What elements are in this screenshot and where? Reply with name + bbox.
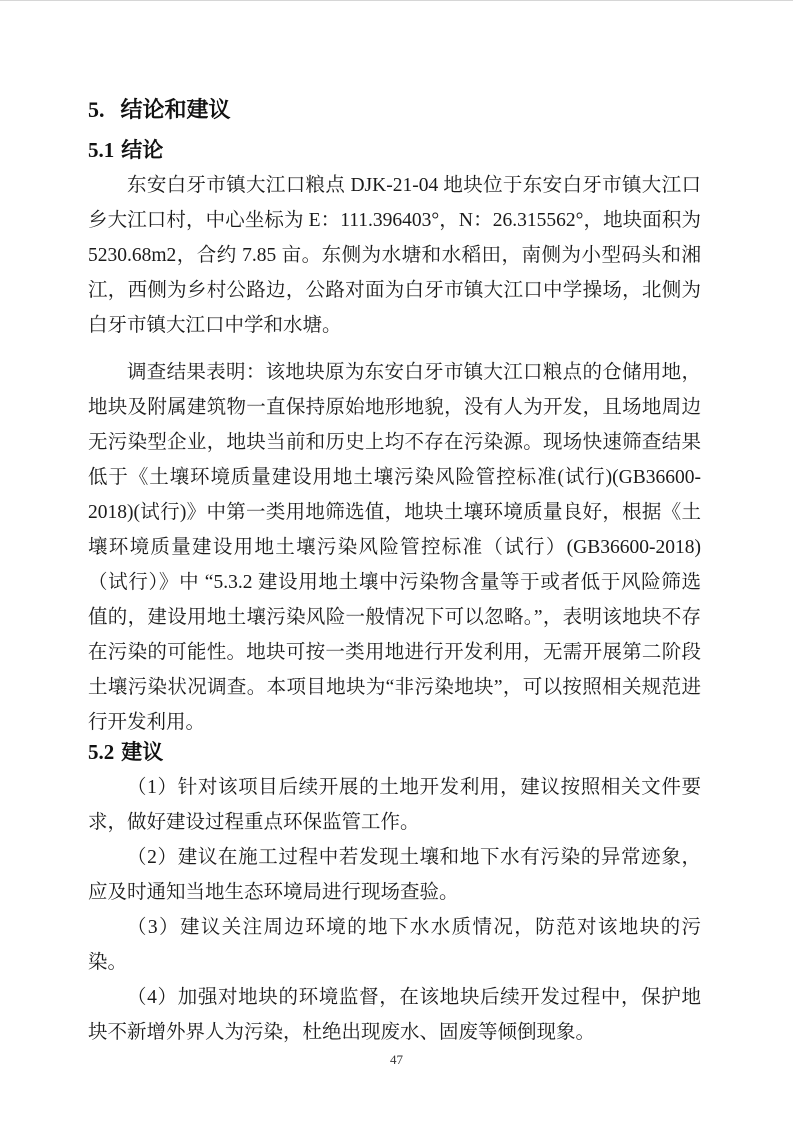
page-number: 47 (0, 1052, 793, 1068)
recommendation-item-3: （3）建议关注周边环境的地下水水质情况，防范对该地块的污染。 (88, 910, 701, 980)
recommendation-item-4: （4）加强对地块的环境监督，在该地块后续开发过程中，保护地块不新增外界人为污染，… (88, 980, 701, 1050)
chapter-title: 结论和建议 (121, 97, 231, 122)
section-heading-conclusion: 5.1结论 (88, 138, 701, 162)
recommendation-item-2: （2）建议在施工过程中若发现土壤和地下水有污染的异常迹象，应及时通知当地生态环境… (88, 840, 701, 910)
document-page: 5.结论和建议 5.1结论 东安白牙市镇大江口粮点 DJK-21-04 地块位于… (0, 0, 793, 1122)
section-number: 5.2 (88, 740, 114, 764)
section-number: 5.1 (88, 138, 114, 162)
recommendation-item-1: （1）针对该项目后续开展的土地开发利用，建议按照相关文件要求，做好建设过程重点环… (88, 770, 701, 840)
page-top-edge (0, 0, 793, 1)
section-heading-recommendations: 5.2建议 (88, 740, 701, 764)
conclusion-paragraph-site-description: 东安白牙市镇大江口粮点 DJK-21-04 地块位于东安白牙市镇大江口乡大江口村… (88, 168, 701, 343)
section-title: 建议 (121, 740, 163, 764)
section-title: 结论 (121, 138, 163, 162)
conclusion-paragraph-survey-result: 调查结果表明：该地块原为东安白牙市镇大江口粮点的仓储用地，地块及附属建筑物一直保… (88, 355, 701, 740)
chapter-heading: 5.结论和建议 (88, 96, 701, 123)
chapter-number: 5. (88, 97, 105, 122)
